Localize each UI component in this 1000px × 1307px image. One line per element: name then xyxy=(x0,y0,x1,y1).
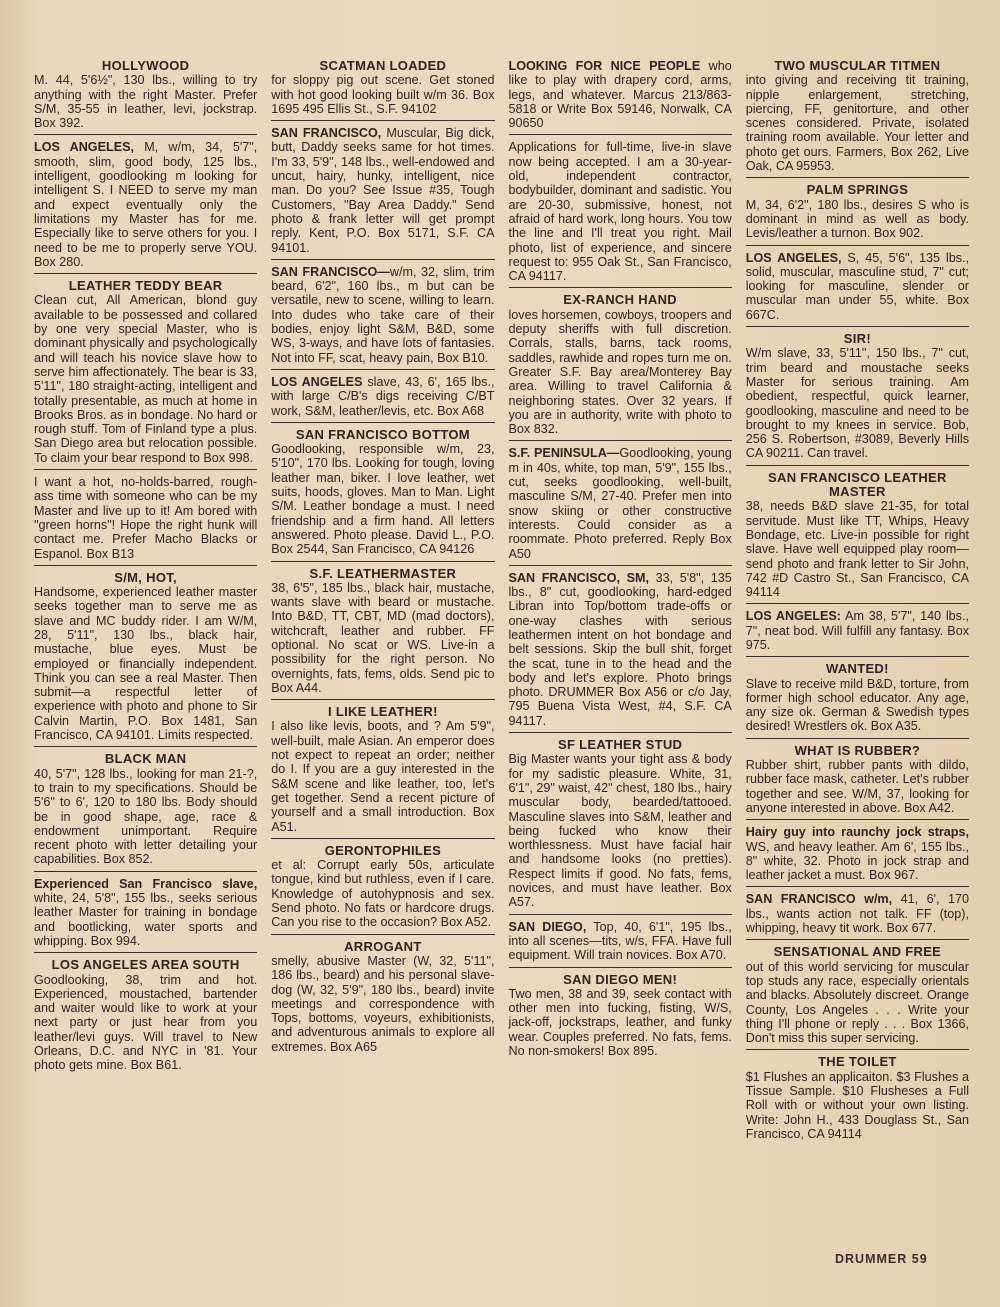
ad-title: THE TOILET xyxy=(746,1055,969,1069)
ad-title: PALM SPRINGS xyxy=(746,183,969,197)
ad-title: LOS ANGELES AREA SOUTH xyxy=(34,958,257,972)
column-1: HOLLYWOODM. 44, 5'6½", 130 lbs., willing… xyxy=(34,56,257,1147)
ad-lead: SAN FRANCISCO— xyxy=(271,265,390,279)
classified-ad: EX-RANCH HANDloves horsemen, cowboys, tr… xyxy=(509,290,732,441)
classified-ad: SAN FRANCISCO, Muscular, Big dick, butt,… xyxy=(271,123,494,260)
classified-ad: Hairy guy into raunchy jock straps, WS, … xyxy=(746,822,969,887)
ad-lead: S.F. PENINSULA— xyxy=(509,446,620,460)
ad-title: WHAT IS RUBBER? xyxy=(746,744,969,758)
classified-ad: LOS ANGELES slave, 43, 6', 165 lbs., wit… xyxy=(271,372,494,423)
ad-title: S.F. LEATHERMASTER xyxy=(271,567,494,581)
ad-body: I also like levis, boots, and ? Am 5'9",… xyxy=(271,719,494,833)
classified-ad: HOLLYWOODM. 44, 5'6½", 130 lbs., willing… xyxy=(34,56,257,135)
ad-body: I want a hot, no-holds-barred, rough-ass… xyxy=(34,475,257,560)
classified-ad: SAN DIEGO, Top, 40, 6'1", 195 lbs., into… xyxy=(509,917,732,968)
ad-title: LEATHER TEDDY BEAR xyxy=(34,279,257,293)
publication-name: DRUMMER xyxy=(835,1252,907,1266)
ad-title: SAN FRANCISCO BOTTOM xyxy=(271,428,494,442)
ad-title: EX-RANCH HAND xyxy=(509,293,732,307)
column-2: SCATMAN LOADEDfor sloppy pig out scene. … xyxy=(271,56,494,1147)
ad-body: for sloppy pig out scene. Get stoned wit… xyxy=(271,73,494,116)
ad-body: Goodlooking, 38, trim and hot. Experienc… xyxy=(34,973,257,1073)
classified-ad: SAN DIEGO MEN!Two men, 38 and 39, seek c… xyxy=(509,970,732,1063)
classified-ad: SF LEATHER STUDBig Master wants your tig… xyxy=(509,735,732,915)
ad-title: SIR! xyxy=(746,332,969,346)
ad-lead: SAN FRANCISCO, SM, xyxy=(509,571,650,585)
classified-ad: SAN FRANCISCO w/m, 41, 6', 170 lbs., wan… xyxy=(746,889,969,940)
classified-ad: Experienced San Francisco slave, white, … xyxy=(34,874,257,953)
ad-body: Applications for full-time, live-in slav… xyxy=(509,140,732,283)
ad-body: Rubber shirt, rubber pants with dildo, r… xyxy=(746,758,969,815)
classified-ad: WANTED!Slave to receive mild B&D, tortur… xyxy=(746,659,969,738)
classified-ad: PALM SPRINGSM, 34, 6'2", 180 lbs., desir… xyxy=(746,180,969,245)
classified-ad: SCATMAN LOADEDfor sloppy pig out scene. … xyxy=(271,56,494,121)
ad-body: smelly, abusive Master (W, 32, 5'11", 18… xyxy=(271,954,494,1054)
classified-ad: LOS ANGELES: Am 38, 5'7", 140 lbs., 7", … xyxy=(746,606,969,657)
classified-ad: WHAT IS RUBBER?Rubber shirt, rubber pant… xyxy=(746,741,969,820)
column-4: TWO MUSCULAR TITMENinto giving and recei… xyxy=(746,56,969,1147)
ad-title: BLACK MAN xyxy=(34,752,257,766)
classified-ad: LEATHER TEDDY BEARClean cut, All America… xyxy=(34,276,257,470)
classified-ad: LOS ANGELES, M, w/m, 34, 5'7", smooth, s… xyxy=(34,137,257,274)
ad-lead: SAN FRANCISCO w/m, xyxy=(746,892,892,906)
ad-body: 38, 6'5", 185 lbs., black hair, mustache… xyxy=(271,581,494,695)
ad-lead: Hairy guy into raunchy jock straps, xyxy=(746,825,969,839)
ad-body: $1 Flushes an applicaiton. $3 Flushes a … xyxy=(746,1070,969,1141)
ad-body: WS, and heavy leather. Am 6', 155 lbs., … xyxy=(746,840,969,883)
ad-body: Two men, 38 and 39, seek contact with ot… xyxy=(509,987,732,1058)
ad-body: out of this world servicing for muscular… xyxy=(746,960,969,1045)
ad-body: 40, 5'7", 128 lbs., looking for man 21-?… xyxy=(34,767,257,867)
ad-body: W/m slave, 33, 5'11", 150 lbs., 7" cut, … xyxy=(746,346,969,460)
ad-lead: LOS ANGELES xyxy=(271,375,362,389)
classified-ad: S.F. PENINSULA—Goodlooking, young m in 4… xyxy=(509,443,732,565)
ad-title: S/M, HOT, xyxy=(34,571,257,585)
ad-lead: SAN FRANCISCO, xyxy=(271,126,381,140)
ad-body: w/m, 32, slim, trim beard, 6'2", 160 lbs… xyxy=(271,265,494,365)
classified-ad: LOOKING FOR NICE PEOPLE who like to play… xyxy=(509,56,732,135)
classified-ad: S.F. LEATHERMASTER38, 6'5", 185 lbs., bl… xyxy=(271,564,494,701)
ad-lead: LOS ANGELES, xyxy=(746,251,842,265)
classified-ad: SAN FRANCISCO LEATHER MASTER38, needs B&… xyxy=(746,468,969,605)
classified-ad: I LIKE LEATHER!I also like levis, boots,… xyxy=(271,702,494,839)
ad-lead: SAN DIEGO, xyxy=(509,920,587,934)
classified-ad: SENSATIONAL AND FREEout of this world se… xyxy=(746,942,969,1050)
ad-body: M. 44, 5'6½", 130 lbs., willing to try a… xyxy=(34,73,257,130)
classified-ad: Applications for full-time, live-in slav… xyxy=(509,137,732,288)
ad-body: into giving and receiving tit training, … xyxy=(746,73,969,173)
ad-title: HOLLYWOOD xyxy=(34,59,257,73)
column-3: LOOKING FOR NICE PEOPLE who like to play… xyxy=(509,56,732,1147)
ad-body: loves horsemen, cowboys, troopers and de… xyxy=(509,308,732,436)
ad-title: SCATMAN LOADED xyxy=(271,59,494,73)
classified-ad: SIR!W/m slave, 33, 5'11", 150 lbs., 7" c… xyxy=(746,329,969,466)
ad-body: 38, needs B&D slave 21-35, for total ser… xyxy=(746,499,969,599)
ad-body: et al: Corrupt early 50s, articulate ton… xyxy=(271,858,494,929)
ad-title: WANTED! xyxy=(746,662,969,676)
ad-title: ARROGANT xyxy=(271,940,494,954)
ad-title: I LIKE LEATHER! xyxy=(271,705,494,719)
ad-body: Clean cut, All American, blond guy avail… xyxy=(34,293,257,464)
ad-body: Goodlooking, responsible w/m, 23, 5'10",… xyxy=(271,442,494,556)
ad-body: Handsome, experienced leather master see… xyxy=(34,585,257,742)
ad-title: SAN FRANCISCO LEATHER MASTER xyxy=(746,471,969,500)
ad-title: SAN DIEGO MEN! xyxy=(509,973,732,987)
ad-body: M, w/m, 34, 5'7", smooth, slim, good bod… xyxy=(34,140,257,268)
page-number: 59 xyxy=(912,1252,928,1266)
magazine-page: HOLLYWOODM. 44, 5'6½", 130 lbs., willing… xyxy=(0,0,1000,1307)
page-footer: DRUMMER 59 xyxy=(835,1252,928,1266)
classified-ad: BLACK MAN40, 5'7", 128 lbs., looking for… xyxy=(34,749,257,871)
ad-lead: LOS ANGELES: xyxy=(746,609,841,623)
ad-body: Goodlooking, young m in 40s, white, top … xyxy=(509,446,732,560)
ad-title: SENSATIONAL AND FREE xyxy=(746,945,969,959)
ad-body: white, 24, 5'8", 155 lbs., seeks serious… xyxy=(34,891,257,948)
ad-title: TWO MUSCULAR TITMEN xyxy=(746,59,969,73)
ad-body: M, 34, 6'2", 180 lbs., desires S who is … xyxy=(746,198,969,241)
classified-ad: THE TOILET$1 Flushes an applicaiton. $3 … xyxy=(746,1052,969,1145)
ad-title: GERONTOPHILES xyxy=(271,844,494,858)
ad-title: SF LEATHER STUD xyxy=(509,738,732,752)
classified-ad: S/M, HOT,Handsome, experienced leather m… xyxy=(34,568,257,748)
classified-ad: GERONTOPHILESet al: Corrupt early 50s, a… xyxy=(271,841,494,935)
classified-ad: TWO MUSCULAR TITMENinto giving and recei… xyxy=(746,56,969,178)
classified-ad: I want a hot, no-holds-barred, rough-ass… xyxy=(34,472,257,566)
classified-ad: LOS ANGELES, S, 45, 5'6", 135 lbs., soli… xyxy=(746,248,969,327)
classified-ad: ARROGANTsmelly, abusive Master (W, 32, 5… xyxy=(271,937,494,1058)
ad-lead: LOOKING FOR NICE PEOPLE xyxy=(509,59,701,73)
classified-ad: SAN FRANCISCO BOTTOMGoodlooking, respons… xyxy=(271,425,494,562)
ad-lead: Experienced San Francisco slave, xyxy=(34,877,257,891)
ad-body: Slave to receive mild B&D, torture, from… xyxy=(746,677,969,734)
ad-body: 33, 5'8", 135 lbs., 8" cut, goodlooking,… xyxy=(509,571,732,728)
ad-lead: LOS ANGELES, xyxy=(34,140,134,154)
classified-columns: HOLLYWOODM. 44, 5'6½", 130 lbs., willing… xyxy=(34,56,969,1147)
ad-body: Big Master wants your tight ass & body f… xyxy=(509,752,732,909)
ad-body: Muscular, Big dick, butt, Daddy seeks sa… xyxy=(271,126,494,254)
classified-ad: SAN FRANCISCO, SM, 33, 5'8", 135 lbs., 8… xyxy=(509,568,732,733)
classified-ad: SAN FRANCISCO—w/m, 32, slim, trim beard,… xyxy=(271,262,494,370)
classified-ad: LOS ANGELES AREA SOUTHGoodlooking, 38, t… xyxy=(34,955,257,1076)
